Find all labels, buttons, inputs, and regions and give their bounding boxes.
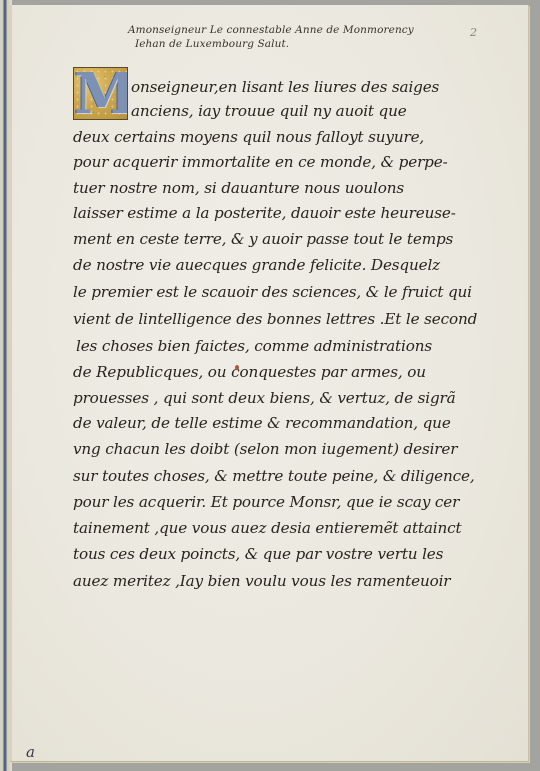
body-line-18: tainement ,que vous auez desia entieremẽ… bbox=[73, 519, 461, 537]
dedication-heading-line-2: Iehan de Luxembourg Salut. bbox=[135, 38, 289, 50]
body-line-8: de nostre vie auecques grande felicite. … bbox=[73, 256, 440, 274]
body-line-1: onseigneur,en lisant les liures des saig… bbox=[131, 78, 439, 96]
body-line-2: anciens, iay trouue quil ny auoit que bbox=[131, 102, 407, 120]
body-line-14: de valeur, de telle estime & recommandat… bbox=[73, 414, 451, 432]
body-line-6: laisser estime a la posterite, dauoir es… bbox=[73, 204, 456, 222]
body-line-17: pour les acquerir. Et pource Monsr, que … bbox=[73, 493, 459, 511]
signature-mark: a bbox=[26, 743, 35, 761]
body-line-19: tous ces deux poincts, & que par vostre … bbox=[73, 545, 443, 563]
body-line-7: ment en ceste terre, & y auoir passe tou… bbox=[73, 230, 453, 248]
dedication-heading-line-1: Amonseigneur Le connestable Anne de Monm… bbox=[128, 24, 414, 36]
scan-background: 2 Amonseigneur Le connestable Anne de Mo… bbox=[0, 0, 540, 771]
initial-letter: M bbox=[74, 67, 127, 120]
page-gutter bbox=[10, 5, 12, 761]
illuminated-initial: M bbox=[73, 67, 128, 120]
body-line-4: pour acquerir immortalite en ce monde, &… bbox=[73, 153, 448, 171]
body-line-5: tuer nostre nom, si dauanture nous uoulo… bbox=[73, 179, 404, 197]
body-line-11: les choses bien faictes, comme administr… bbox=[76, 337, 432, 355]
body-line-20: auez meritez ,Iay bien voulu vous les ra… bbox=[73, 572, 450, 590]
body-line-12: de Republicques, ou conquestes par armes… bbox=[73, 363, 426, 381]
body-line-13: prouesses , qui sont deux biens, & vertu… bbox=[73, 389, 456, 407]
body-line-15: vng chacun les doibt (selon mon iugement… bbox=[73, 440, 457, 458]
body-line-9: le premier est le scauoir des sciences, … bbox=[73, 283, 472, 301]
body-line-16: sur toutes choses, & mettre toute peine,… bbox=[73, 467, 475, 485]
folio-number: 2 bbox=[470, 26, 477, 39]
body-line-10: vient de lintelligence des bonnes lettre… bbox=[73, 310, 477, 328]
body-line-3: deux certains moyens quil nous falloyt s… bbox=[73, 128, 424, 146]
ink-spot-mark bbox=[235, 365, 239, 370]
